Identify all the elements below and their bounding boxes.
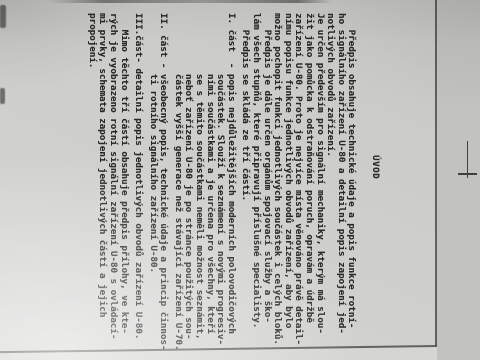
cross-arm-vertical xyxy=(458,173,477,174)
typewritten-text-block: ÚVOD Předpis obsahuje technické údaje a … xyxy=(86,13,380,357)
page-top-edge-line xyxy=(436,0,438,346)
scanned-page: ÚVOD Předpis obsahuje technické údaje a … xyxy=(0,0,480,360)
paragraph-audience: Předpis je dále určen orgánům spojovací … xyxy=(250,13,271,357)
page-title: ÚVOD xyxy=(369,155,380,357)
photo: ÚVOD Předpis obsahuje technické údaje a … xyxy=(0,0,480,360)
scan-streak-left-edge xyxy=(48,0,332,3)
section-part-1: I. část - popis nejdůležitějších moderní… xyxy=(172,13,236,357)
section-part-3: III.část- detailní popis jednotlivých ob… xyxy=(133,13,144,357)
paragraph-intro: Předpis obsahuje technické údaje a popis… xyxy=(325,13,357,357)
section-part-2: II. část - všeobecný popis, technické úd… xyxy=(147,13,168,357)
scan-smudge-1 xyxy=(0,5,6,28)
paragraph-structure: Předpis se skládá ze tří částí. xyxy=(240,13,251,357)
paragraph-purpose: Je určen především pro signální mechanik… xyxy=(272,13,325,357)
scan-smudge-2 xyxy=(0,88,5,104)
paragraph-appendices: Mimo těchto tří částí obsahuje předpis p… xyxy=(86,13,128,357)
offpage-background-top xyxy=(437,0,480,360)
